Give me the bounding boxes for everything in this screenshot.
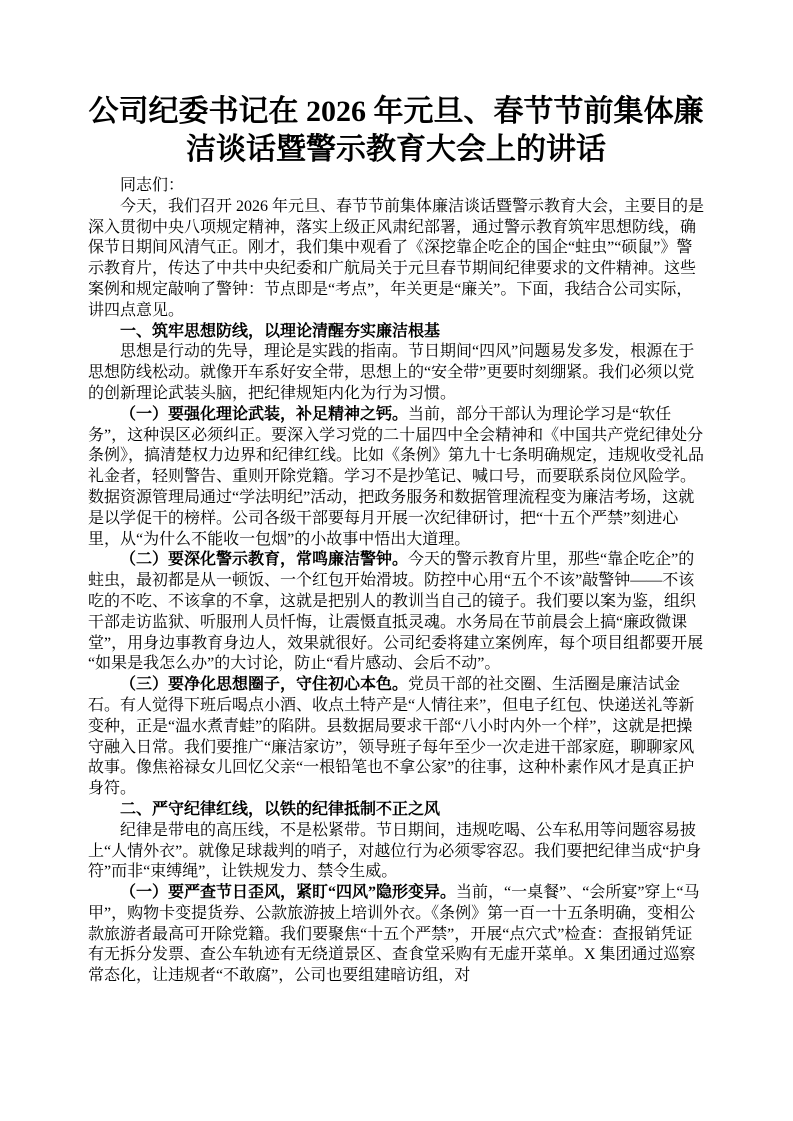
section-1-item-1-text: 当前，部分干部认为理论学习是“软任务”，这种误区必须纠正。要深入学习党的二十届四… xyxy=(88,406,704,548)
section-1-item-1: （一）要强化理论武装，补足精神之钙。当前，部分干部认为理论学习是“软任务”，这种… xyxy=(88,405,704,551)
section-1-item-3: （三）要净化思想圈子，守住初心本色。党员干部的社交圈、生活圈是廉洁试金石。有人觉… xyxy=(88,675,704,800)
document-title: 公司纪委书记在 2026 年元旦、春节节前集体廉洁谈话暨警示教育大会上的讲话 xyxy=(88,93,704,169)
section-1-item-2: （二）要深化警示教育，常鸣廉洁警钟。今天的警示教育片里，那些“靠企吃企”的蛀虫，… xyxy=(88,550,704,675)
section-2-opening-paragraph: 纪律是带电的高压线，不是松紧带。节日期间，违规吃喝、公车私用等问题容易披上“人情… xyxy=(88,821,704,883)
section-2-item-1-lead: （一）要严查节日歪风，紧盯“四风”隐形变异。 xyxy=(120,884,456,901)
greeting: 同志们： xyxy=(88,176,704,197)
section-2-item-1: （一）要严查节日歪风，紧盯“四风”隐形变异。当前，“一桌餐”、“会所宴”穿上“马… xyxy=(88,883,704,987)
section-1-item-1-lead: （一）要强化理论武装，补足精神之钙。 xyxy=(120,406,408,423)
section-2-heading: 二、严守纪律红线，以铁的纪律抵制不正之风 xyxy=(88,800,704,821)
document-page: 公司纪委书记在 2026 年元旦、春节节前集体廉洁谈话暨警示教育大会上的讲话 同… xyxy=(0,0,793,1121)
section-1-item-3-text: 党员干部的社交圈、生活圈是廉洁试金石。有人觉得下班后喝点小酒、收点土特产是“人情… xyxy=(88,676,694,797)
document-body: 同志们： 今天，我们召开 2026 年元旦、春节节前集体廉洁谈话暨警示教育大会，… xyxy=(88,176,704,987)
intro-paragraph: 今天，我们召开 2026 年元旦、春节节前集体廉洁谈话暨警示教育大会，主要目的是… xyxy=(88,197,704,322)
section-1-heading: 一、筑牢思想防线，以理论清醒夯实廉洁根基 xyxy=(88,322,704,343)
section-1-opening-paragraph: 思想是行动的先导，理论是实践的指南。节日期间“四风”问题易发多发，根源在于思想防… xyxy=(88,342,704,404)
section-1-item-3-lead: （三）要净化思想圈子，守住初心本色。 xyxy=(120,676,408,693)
section-1-item-2-lead: （二）要深化警示教育，常鸣廉洁警钟。 xyxy=(120,551,408,568)
section-1-item-2-text: 今天的警示教育片里，那些“靠企吃企”的蛀虫，最初都是从一顿饭、一个红包开始滑坡。… xyxy=(88,551,703,672)
